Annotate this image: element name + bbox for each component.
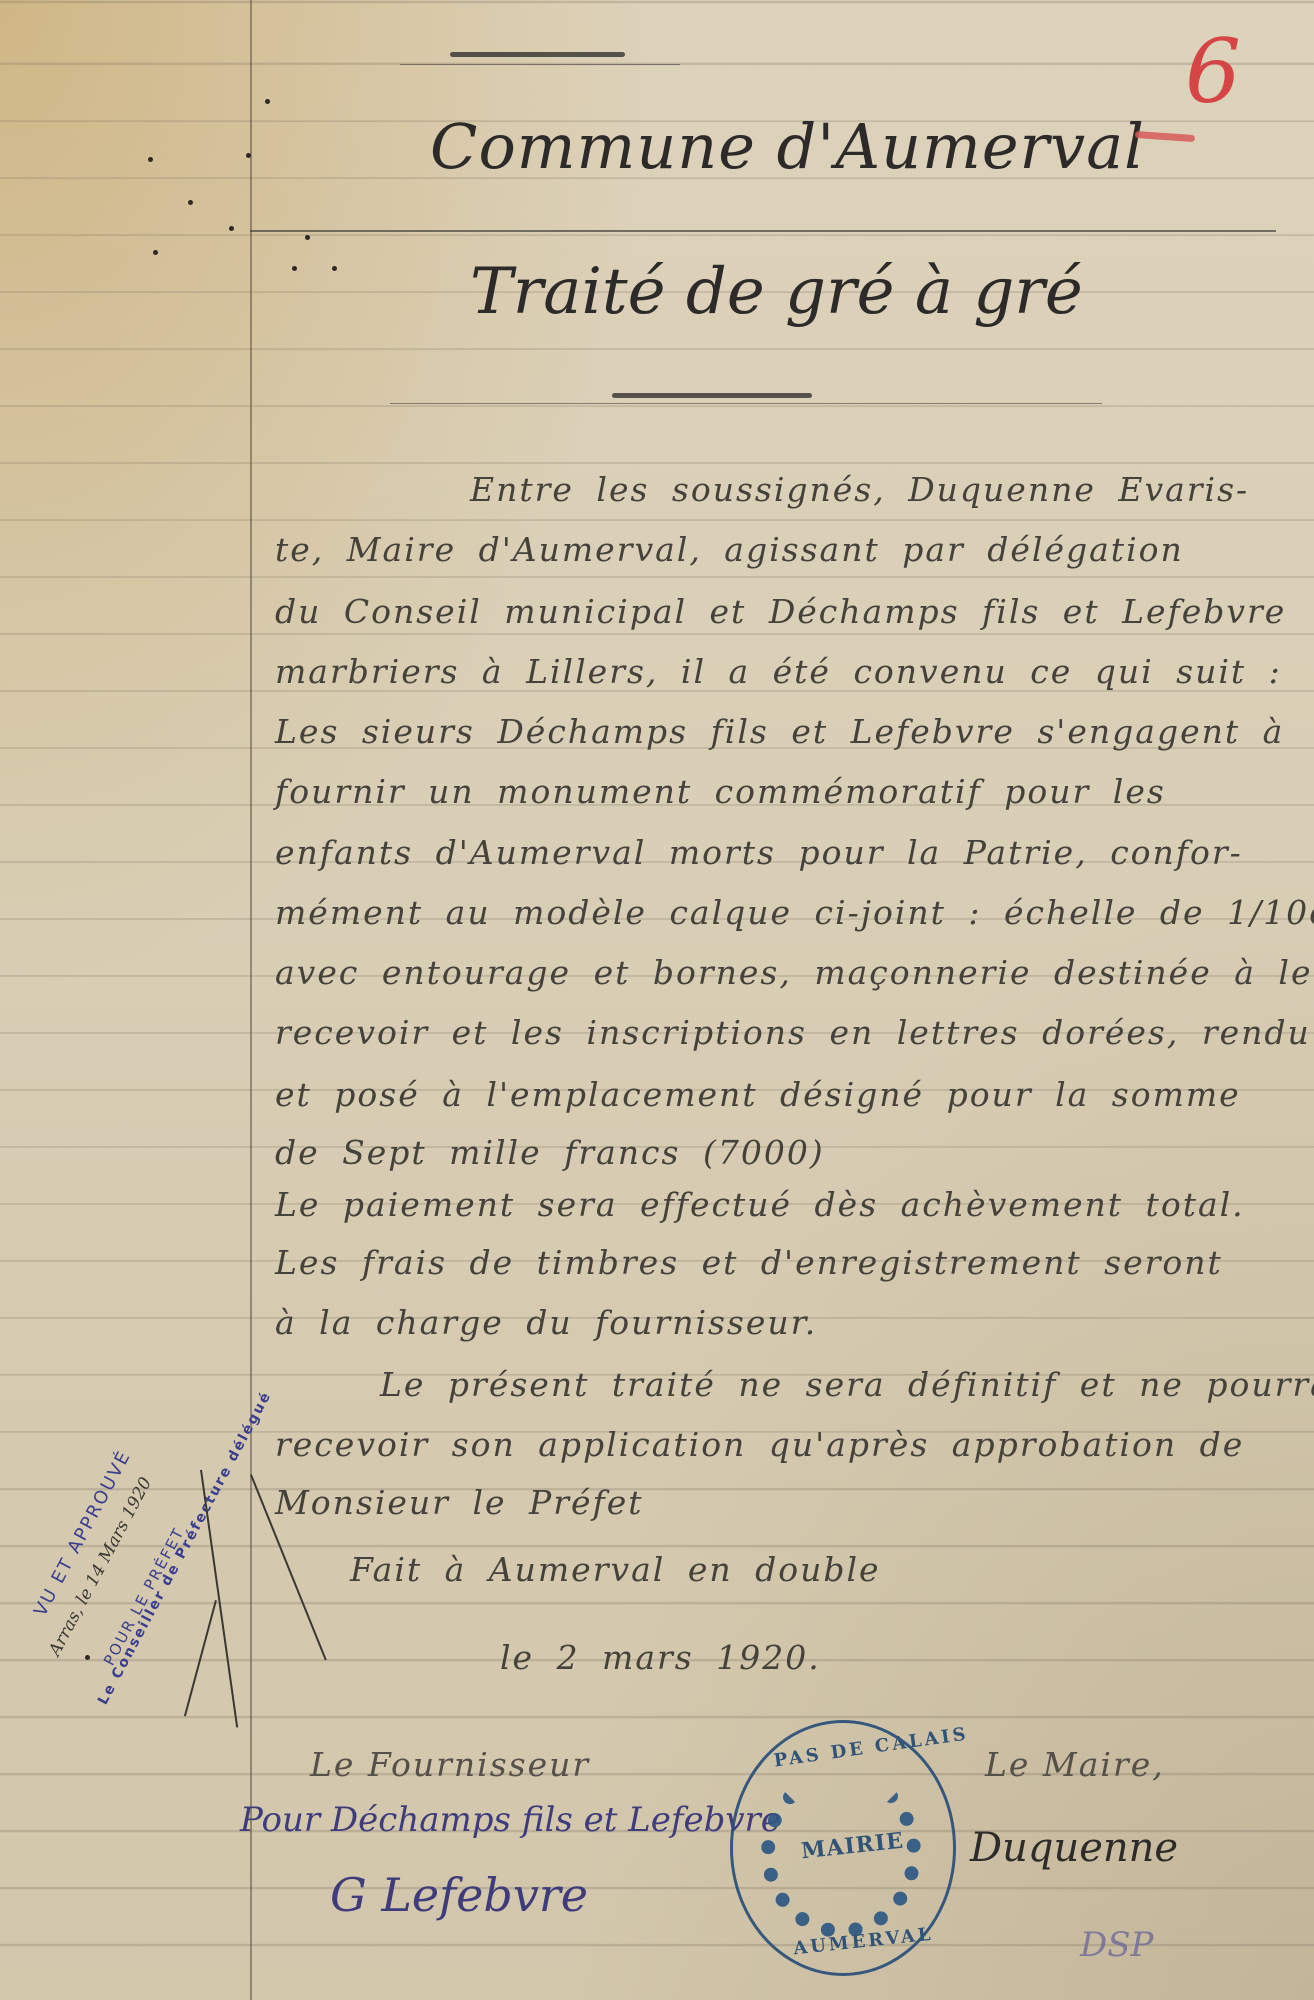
prefecture-approval-stamp: VU ET APPROUVÉ Arras, le 14 Mars 1920 PO… <box>0 1400 300 1700</box>
mayor-initials: DSP <box>1080 1925 1153 1965</box>
supplier-signature: G Lefebvre <box>330 1868 588 1922</box>
punch-hole <box>292 266 297 271</box>
document-page: Commune d'Aumerval 6 Traité de gré à gré… <box>0 0 1314 2000</box>
closing-place: Fait à Aumerval en double <box>350 1550 881 1589</box>
header-top-rule <box>400 64 680 65</box>
body-line: du Conseil municipal et Déchamps fils et… <box>275 592 1286 631</box>
title-underline <box>612 393 812 398</box>
body-line: avec entourage et bornes, maçonnerie des… <box>275 953 1312 992</box>
title-rule <box>390 403 1102 404</box>
body-line: recevoir et les inscriptions en lettres … <box>275 1013 1311 1052</box>
punch-hole <box>265 99 270 104</box>
approval-line-4: Le Conseiller de Préfecture délégué <box>95 1388 275 1707</box>
header-divider <box>250 230 1276 232</box>
body-line: enfants d'Aumerval morts pour la Patrie,… <box>275 833 1243 872</box>
punch-hole <box>148 157 153 162</box>
body-line: fournir un monument commémoratif pour le… <box>275 772 1166 811</box>
punch-hole <box>153 250 158 255</box>
body-line: Monsieur le Préfet <box>275 1483 644 1522</box>
document-title: Traité de gré à gré <box>470 255 1083 329</box>
body-line: te, Maire d'Aumerval, agissant par délég… <box>275 530 1184 569</box>
punch-hole <box>332 266 337 271</box>
body-line: recevoir son application qu'après approb… <box>275 1425 1244 1464</box>
body-line: Les sieurs Déchamps fils et Lefebvre s'e… <box>275 712 1284 751</box>
punch-hole <box>246 153 251 158</box>
margin-line <box>250 0 252 2000</box>
body-line: Le paiement sera effectué dès achèvement… <box>275 1185 1245 1224</box>
body-line: marbriers à Lillers, il a été convenu ce… <box>275 652 1282 691</box>
folio-number: 6 <box>1185 20 1241 123</box>
body-line: à la charge du fournisseur. <box>275 1303 817 1342</box>
body-line: Les frais de timbres et d'enregistrement… <box>275 1243 1223 1282</box>
body-line: et posé à l'emplacement désigné pour la … <box>275 1075 1241 1114</box>
mairie-seal: PAS DE CALAIS MAIRIE AUMERVAL <box>730 1720 956 1976</box>
body-line: Entre les soussignés, Duquenne Evaris- <box>470 470 1249 509</box>
punch-hole <box>188 200 193 205</box>
mayor-label: Le Maire, <box>985 1745 1165 1784</box>
punch-hole <box>229 226 234 231</box>
header-top-bar <box>450 52 625 57</box>
commune-heading: Commune d'Aumerval <box>430 110 1145 183</box>
closing-date: le 2 mars 1920. <box>500 1638 821 1677</box>
mayor-signature: Duquenne <box>970 1825 1178 1871</box>
seal-top-text: PAS DE CALAIS <box>772 1723 969 1771</box>
supplier-label: Le Fournisseur <box>310 1745 590 1784</box>
body-line: mément au modèle calque ci-joint : échel… <box>275 893 1314 932</box>
body-line: de Sept mille francs (7000) <box>275 1133 825 1172</box>
body-line: Le présent traité ne sera définitif et n… <box>380 1365 1314 1404</box>
punch-hole <box>305 235 310 240</box>
supplier-signature-line: Pour Déchamps fils et Lefebvre <box>240 1800 781 1840</box>
